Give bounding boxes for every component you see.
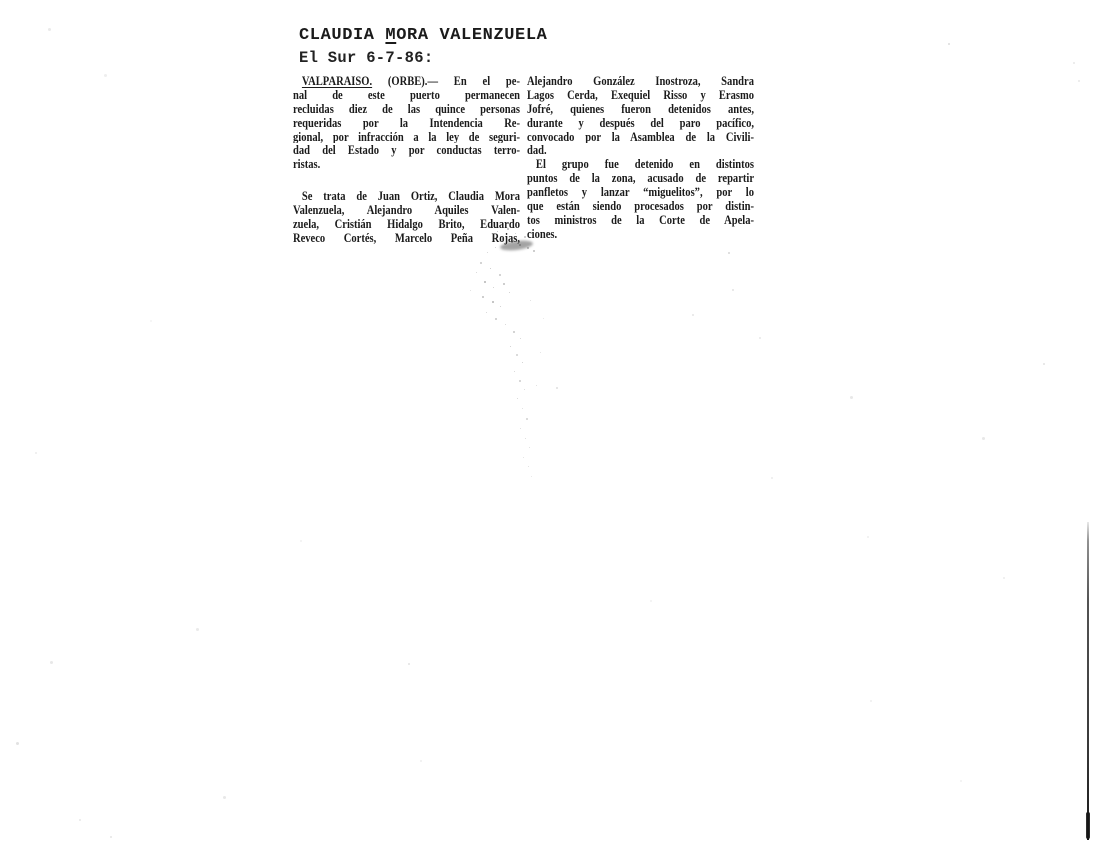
scan-speck bbox=[110, 836, 112, 838]
text-line: ristas. bbox=[293, 157, 520, 171]
scan-speck bbox=[543, 318, 544, 319]
text-line: zuela, Cristián Hidalgo Brito, Eduardo bbox=[293, 217, 520, 231]
text-line: Jofré, quienes fueron detenidos antes, bbox=[527, 102, 754, 116]
scan-speck bbox=[486, 312, 487, 313]
scan-speck bbox=[505, 324, 506, 325]
scan-speck bbox=[732, 289, 734, 291]
scan-speck bbox=[515, 233, 516, 234]
scan-speck bbox=[522, 362, 523, 363]
scan-speck bbox=[500, 306, 501, 307]
scan-speck bbox=[16, 742, 19, 745]
text-line: dad del Estado y por conductas terro- bbox=[293, 143, 520, 157]
text-line: tos ministros de la Corte de Apela- bbox=[527, 213, 754, 227]
scan-speck bbox=[530, 300, 531, 301]
scanned-document-page: CLAUDIA MORA VALENZUELA El Sur 6-7-86: V… bbox=[0, 0, 1100, 850]
scan-speck bbox=[408, 663, 410, 665]
text-line: durante y después del paro pacífico, bbox=[527, 116, 754, 130]
scan-speck bbox=[493, 287, 494, 288]
text-line: Valenzuela, Alejandro Aquiles Valen- bbox=[293, 203, 520, 217]
scan-speck bbox=[497, 231, 498, 232]
text-line: Lagos Cerda, Exequiel Risso y Erasmo bbox=[527, 88, 754, 102]
text-line: recluidas diez de las quince personas bbox=[293, 102, 520, 116]
scan-speck bbox=[556, 387, 558, 389]
scan-speck bbox=[533, 250, 535, 252]
scan-speck bbox=[850, 396, 853, 399]
scan-speck bbox=[502, 238, 504, 240]
text-line: puntos de la zona, acusado de repartir bbox=[527, 171, 754, 185]
article-paragraph: Alejandro González Inostroza, SandraLago… bbox=[527, 74, 754, 157]
scan-speck bbox=[867, 536, 869, 538]
article-column-1: VALPARAISO. (ORBE).— En el pe-nal de est… bbox=[293, 74, 520, 245]
text-line: requeridas por la Intendencia Re- bbox=[293, 116, 520, 130]
scan-speck bbox=[759, 337, 761, 339]
source-dateline: El Sur 6-7-86: bbox=[299, 49, 433, 67]
scan-speck bbox=[528, 466, 529, 467]
scan-speck bbox=[484, 281, 486, 283]
scan-speck bbox=[35, 452, 37, 454]
scan-speck bbox=[499, 274, 501, 276]
scan-line-artifact bbox=[1087, 522, 1089, 840]
scan-speck bbox=[492, 301, 494, 303]
article-paragraph: Se trata de Juan Ortiz, Claudia MoraVale… bbox=[293, 189, 520, 245]
scan-speck bbox=[48, 28, 51, 31]
scan-speck bbox=[1003, 577, 1005, 579]
text-line: nal de este puerto permanecen bbox=[293, 88, 520, 102]
scan-speck bbox=[495, 318, 497, 320]
scan-speck bbox=[520, 428, 521, 429]
scan-speck bbox=[520, 338, 521, 339]
scan-speck bbox=[771, 477, 773, 479]
text-line: VALPARAISO. (ORBE).— En el pe- bbox=[293, 74, 520, 88]
scan-speck bbox=[526, 418, 528, 420]
article-paragraph: VALPARAISO. (ORBE).— En el pe-nal de est… bbox=[293, 74, 520, 171]
scan-speck bbox=[507, 228, 509, 230]
scan-speck bbox=[476, 272, 477, 273]
scan-speck bbox=[511, 241, 513, 243]
scan-speck bbox=[470, 290, 471, 291]
scan-speck bbox=[525, 438, 526, 439]
scan-speck bbox=[79, 819, 81, 821]
scan-speck bbox=[536, 385, 537, 386]
scan-speck bbox=[300, 540, 302, 542]
underlined-letter: M bbox=[385, 26, 396, 45]
scan-line-artifact-foot bbox=[1086, 812, 1090, 839]
scan-speck bbox=[524, 236, 526, 238]
article-paragraph: El grupo fue detenido en distintospuntos… bbox=[527, 157, 754, 240]
news-article: VALPARAISO. (ORBE).— En el pe-nal de est… bbox=[293, 74, 754, 254]
scan-speck bbox=[196, 628, 199, 631]
text-line: panfletos y lanzar “miguelitos”, por lo bbox=[527, 185, 754, 199]
scan-speck bbox=[514, 371, 515, 372]
text-line: Alejandro González Inostroza, Sandra bbox=[527, 74, 754, 88]
scan-speck bbox=[513, 331, 515, 333]
scan-speck bbox=[517, 398, 518, 399]
scan-speck bbox=[503, 283, 505, 285]
scan-speck bbox=[482, 296, 484, 298]
scan-speck bbox=[495, 247, 496, 248]
scan-speck bbox=[489, 226, 491, 228]
scan-speck bbox=[870, 700, 872, 702]
scan-speck bbox=[960, 780, 962, 782]
scan-speck bbox=[519, 380, 521, 382]
scan-speck bbox=[420, 760, 422, 762]
scan-speck bbox=[1073, 62, 1075, 64]
text-line: dad. bbox=[527, 143, 754, 157]
scan-speck bbox=[150, 320, 152, 322]
text-line: Reveco Cortés, Marcelo Peña Rojas, bbox=[293, 231, 520, 245]
scan-speck bbox=[510, 346, 511, 347]
scan-speck bbox=[509, 292, 510, 293]
text-line: Se trata de Juan Ortiz, Claudia Mora bbox=[293, 189, 520, 203]
scan-speck bbox=[50, 661, 53, 664]
text-line: El grupo fue detenido en distintos bbox=[527, 157, 754, 171]
scan-speck bbox=[223, 796, 226, 799]
scan-speck bbox=[524, 389, 525, 390]
article-column-2: Alejandro González Inostroza, SandraLago… bbox=[527, 74, 754, 241]
scan-speck bbox=[1043, 363, 1045, 365]
scan-speck bbox=[540, 352, 541, 353]
scan-speck bbox=[104, 74, 107, 77]
text-line: ciones. bbox=[527, 227, 754, 241]
scan-speck bbox=[728, 252, 730, 254]
scan-speck bbox=[487, 252, 488, 253]
underlined-text: VALPARAISO. bbox=[302, 74, 372, 88]
scan-speck bbox=[490, 268, 491, 269]
scan-speck bbox=[531, 476, 532, 477]
scan-speck bbox=[982, 437, 985, 440]
scan-speck bbox=[523, 457, 524, 458]
scan-speck bbox=[522, 408, 523, 409]
scan-speck bbox=[527, 247, 529, 249]
scan-speck bbox=[516, 354, 518, 356]
scan-speck bbox=[1078, 80, 1080, 82]
scan-speck bbox=[480, 262, 482, 264]
text-line: convocado por la Asamblea de la Civili- bbox=[527, 130, 754, 144]
scan-speck bbox=[692, 314, 694, 316]
scan-speck bbox=[529, 447, 530, 448]
scan-speck bbox=[519, 244, 521, 246]
scan-speck bbox=[948, 43, 950, 45]
scan-speck bbox=[650, 600, 652, 602]
text-line: gional, por infracción a la ley de segur… bbox=[293, 130, 520, 144]
text-line: que están siendo procesados por distin- bbox=[527, 199, 754, 213]
document-title: CLAUDIA MORA VALENZUELA bbox=[299, 26, 547, 45]
